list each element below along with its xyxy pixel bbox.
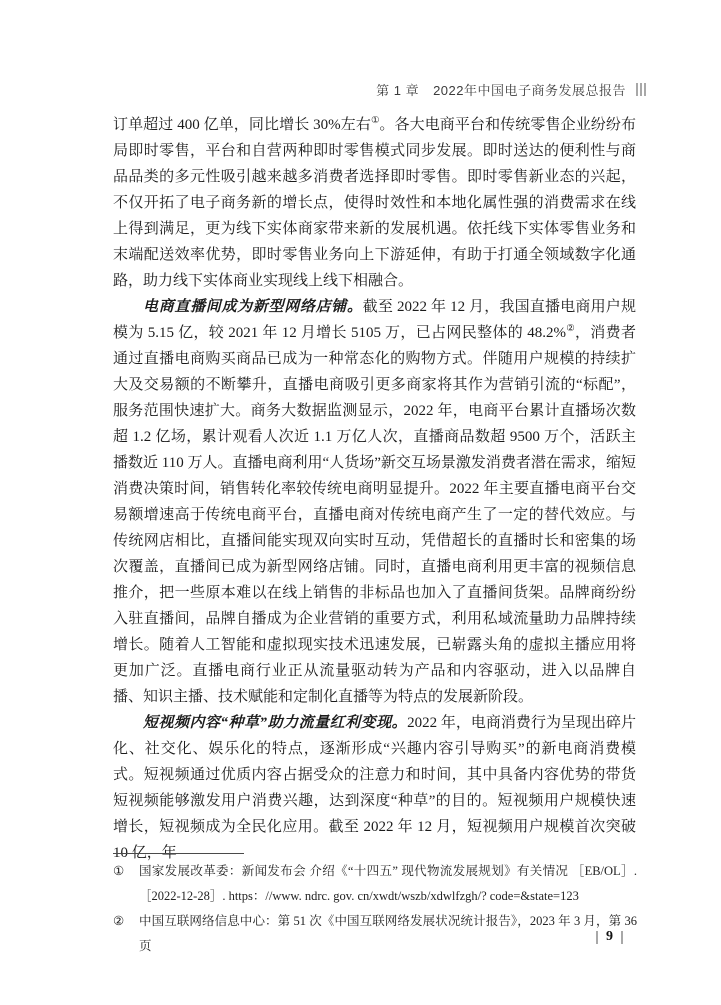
running-head: 第 1 章 2022年中国电子商务发展总报告 (113, 80, 646, 99)
footnote-1: ① 国家发展改革委：新闻发布会 介绍《“十四五” 现代物流发展规划》有关情况 ［… (113, 859, 637, 909)
page-number: 9 (606, 929, 613, 945)
chapter-number: 第 1 章 (376, 80, 419, 99)
page-number-right-bar (621, 931, 623, 944)
body-text: 订单超过 400 亿单，同比增长 30%左右①。各大电商平台和传统零售企业纷纷布… (113, 112, 636, 866)
footnote-1-text: 国家发展改革委：新闻发布会 介绍《“十四五” 现代物流发展规划》有关情况 ［EB… (139, 859, 637, 909)
footnote-2-text: 中国互联网络信息中心：第 51 次《中国互联网络发展状况统计报告》，2023 年… (139, 909, 637, 959)
footnote-2: ② 中国互联网络信息中心：第 51 次《中国互联网络发展状况统计报告》，2023… (113, 909, 637, 959)
chapter-title: 2022年中国电子商务发展总报告 (433, 80, 626, 99)
paragraph-live-ecommerce: 电商直播间成为新型网络店铺。截至 2022 年 12 月，我国直播电商用户规模为… (113, 294, 636, 710)
footnote-2-marker: ② (113, 909, 139, 959)
page-footer: 9 (596, 929, 623, 945)
triple-bars-icon (634, 83, 646, 96)
text-segment: 2022 年，电商消费行为呈现出碎片化、社交化、娱乐化的特点，逐渐形成“兴趣内容… (113, 715, 636, 861)
paragraph-continuation: 订单超过 400 亿单，同比增长 30%左右①。各大电商平台和传统零售企业纷纷布… (113, 112, 636, 294)
footnotes: ① 国家发展改革委：新闻发布会 介绍《“十四五” 现代物流发展规划》有关情况 ［… (113, 859, 637, 959)
paragraph-short-video: 短视频内容“种草”助力流量红利变现。2022 年，电商消费行为呈现出碎片化、社交… (113, 710, 636, 866)
text-segment: ，消费者通过直播电商购买商品已成为一种常态化的购物方式。伴随用户规模的持续扩大及… (113, 325, 636, 705)
page-number-left-bar (596, 931, 598, 944)
text-segment: 短视频内容“种草”助力流量红利变现。 (143, 715, 407, 731)
footnote-1-marker: ① (113, 859, 139, 909)
footnote-separator (113, 853, 244, 854)
text-segment: 电商直播间成为新型网络店铺。 (143, 299, 363, 315)
document-page: 第 1 章 2022年中国电子商务发展总报告 订单超过 400 亿单，同比增长 … (0, 0, 721, 1005)
text-segment: 。各大电商平台和传统零售企业纷纷布局即时零售，平台和自营两种即时零售模式同步发展… (113, 117, 636, 289)
text-segment: 订单超过 400 亿单，同比增长 30%左右 (113, 117, 371, 133)
footnote-reference-mark: ② (566, 324, 575, 334)
